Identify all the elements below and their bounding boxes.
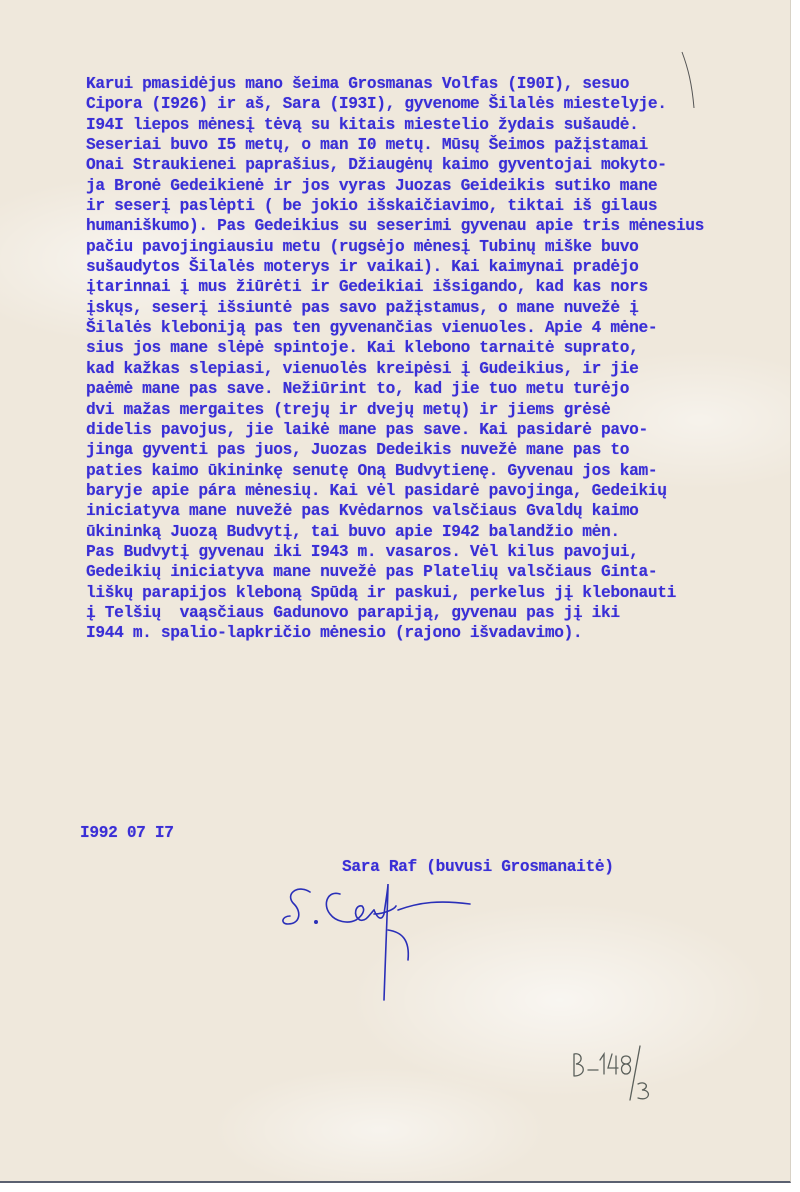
text-line: I944 m. spalio-lapkričio mėnesio (rajono…: [86, 623, 704, 643]
text-line: sius jos mane slėpė spintoje. Kai klebon…: [86, 338, 704, 358]
text-line: iniciatyva mane nuvežė pas Kvėdarnos val…: [86, 501, 704, 521]
text-line: paties kaimo ūkininkę senutę Oną Budvyti…: [86, 461, 704, 481]
text-line: jinga gyventi pas juos, Juozas Dedeikis …: [86, 440, 704, 460]
text-line: Gedeikių iniciatyva mane nuvežė pas Plat…: [86, 562, 704, 582]
text-line: liškų parapijos kleboną Spūdą ir paskui,…: [86, 583, 704, 603]
document-date: I992 07 I7: [80, 824, 174, 842]
archive-number-handwriting: [568, 1040, 678, 1110]
signatory-name: Sara Raf (buvusi Grosmanaitė): [342, 858, 614, 876]
text-line: kad kažkas slepiasi, vienuolės kreipėsi …: [86, 359, 704, 379]
text-line: Onai Straukienei paprašius, Džiaugėnų ka…: [86, 155, 704, 175]
text-line: Seseriai buvo I5 metų, o man I0 metų. Mū…: [86, 135, 704, 155]
text-line: Pas Budvytį gyvenau iki I943 m. vasaros.…: [86, 542, 704, 562]
text-line: sušaudytos Šilalės moterys ir vaikai). K…: [86, 257, 704, 277]
text-line: humaniškumo). Pas Gedeikius su seserimi …: [86, 216, 704, 236]
text-line: Karui pmasidėjus mano šeima Grosmanas Vo…: [86, 74, 704, 94]
text-line: pačiu pavojingiausiu metu (rugsėjo mėnes…: [86, 237, 704, 257]
text-line: dvi mažas mergaites (trejų ir dvejų metų…: [86, 400, 704, 420]
text-line: ūkininką Juozą Budvytį, tai buvo apie I9…: [86, 522, 704, 542]
text-line: į Telšių vaąsčiaus Gadunovo parapiją, gy…: [86, 603, 704, 623]
text-line: Cipora (I926) ir aš, Sara (I93I), gyveno…: [86, 94, 704, 114]
testimony-body: Karui pmasidėjus mano šeima Grosmanas Vo…: [86, 74, 704, 644]
text-line: paėmė mane pas save. Nežiūrint to, kad j…: [86, 379, 704, 399]
text-line: ir seserį paslėpti ( be jokio išskaičiav…: [86, 196, 704, 216]
text-line: įskųs, seserį išsiuntė pas savo pažįstam…: [86, 298, 704, 318]
text-line: įtarinnai į mus žiūrėti ir Gedeikiai išs…: [86, 277, 704, 297]
text-line: baryje apie pára mėnesių. Kai vėl pasida…: [86, 481, 704, 501]
handwritten-signature: [270, 880, 570, 1020]
text-line: ja Bronė Gedeikienė ir jos vyras Juozas …: [86, 176, 704, 196]
archive-mark: [568, 1040, 678, 1110]
text-line: didelis pavojus, jie laikė mane pas save…: [86, 420, 704, 440]
text-line: I94I liepos mėnesį tėvą su kitais mieste…: [86, 115, 704, 135]
text-line: Šilalės kleboniją pas ten gyvenančias vi…: [86, 318, 704, 338]
document-page: Karui pmasidėjus mano šeima Grosmanas Vo…: [0, 0, 791, 1183]
